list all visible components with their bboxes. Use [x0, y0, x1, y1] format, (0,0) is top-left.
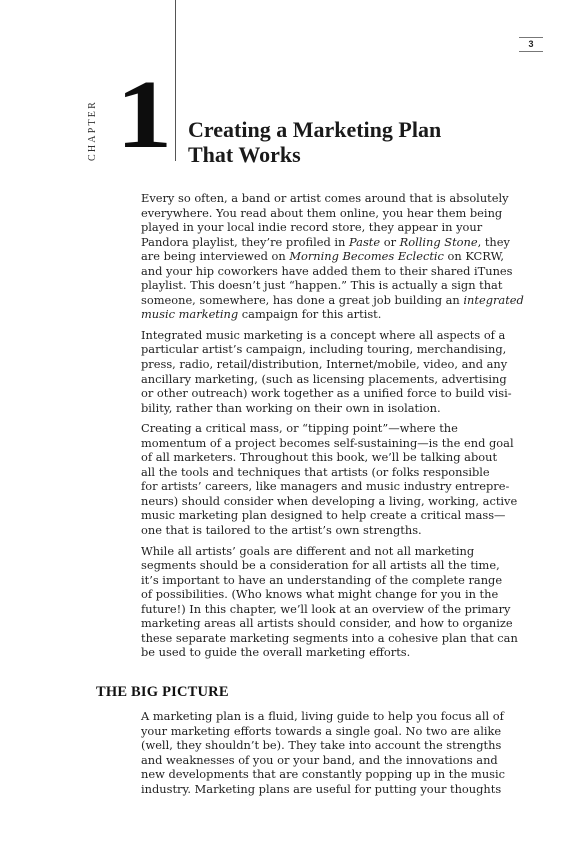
text-line: Integrated music marketing is a concept …	[141, 328, 517, 343]
text-line: Pandora playlist, they’re profiled in Pa…	[141, 235, 517, 250]
text-line: (well, they shouldn’t be). They take int…	[141, 738, 521, 753]
text-line: it’s important to have an understanding …	[141, 573, 517, 588]
italic-title: Paste	[349, 235, 380, 249]
text-line: marketing areas all artists should consi…	[141, 616, 517, 631]
section-heading: THE BIG PICTURE	[96, 684, 229, 701]
chapter-number: 1	[116, 66, 172, 164]
text-line: industry. Marketing plans are useful for…	[141, 782, 521, 797]
text-line: Every so often, a band or artist comes a…	[141, 191, 517, 206]
text-line: or other outreach) work together as a un…	[141, 386, 517, 401]
text-line: segments should be a consideration for a…	[141, 558, 517, 573]
text-line: future!) In this chapter, we’ll look at …	[141, 602, 517, 617]
text-line: of possibilities. (Who knows what might …	[141, 587, 517, 602]
text-line: of all marketers. Throughout this book, …	[141, 450, 517, 465]
text-line: these separate marketing segments into a…	[141, 631, 517, 646]
italic-title: Morning Becomes Eclectic	[289, 249, 444, 263]
chapter-divider-rule	[175, 0, 176, 161]
text-line: neurs) should consider when developing a…	[141, 494, 517, 509]
text-line: While all artists’ goals are different a…	[141, 544, 517, 559]
text-line: for artists’ careers, like managers and …	[141, 479, 517, 494]
text-line: Creating a critical mass, or “tipping po…	[141, 421, 517, 436]
text-line: and your hip coworkers have added them t…	[141, 264, 517, 279]
italic-title: music marketing	[141, 307, 238, 321]
text-line: everywhere. You read about them online, …	[141, 206, 517, 221]
chapter-title: Creating a Marketing Plan That Works	[188, 117, 441, 167]
text-line: music marketing plan designed to help cr…	[141, 508, 517, 523]
paragraph: Creating a critical mass, or “tipping po…	[141, 421, 517, 537]
text-line: A marketing plan is a fluid, living guid…	[141, 709, 521, 724]
text-line: someone, somewhere, has done a great job…	[141, 293, 517, 308]
page-number: 3	[519, 37, 543, 52]
text-line: ancillary marketing, (such as licensing …	[141, 372, 517, 387]
text-line: are being interviewed on Morning Becomes…	[141, 249, 517, 264]
text-line: one that is tailored to the artist’s own…	[141, 523, 517, 538]
text-line: press, radio, retail/distribution, Inter…	[141, 357, 517, 372]
text-line: and weaknesses of you or your band, and …	[141, 753, 521, 768]
section-body: A marketing plan is a fluid, living guid…	[141, 709, 521, 796]
paragraph: While all artists’ goals are different a…	[141, 544, 517, 660]
text-line: bility, rather than working on their own…	[141, 401, 517, 416]
chapter-label: CHAPTER	[85, 101, 101, 161]
italic-title: Rolling Stone	[400, 235, 478, 249]
text-line: music marketing campaign for this artist…	[141, 307, 517, 322]
text-line: played in your local indie record store,…	[141, 220, 517, 235]
italic-title: integrated	[463, 293, 523, 307]
text-line: particular artist’s campaign, including …	[141, 342, 517, 357]
paragraph: Integrated music marketing is a concept …	[141, 328, 517, 415]
text-line: new developments that are constantly pop…	[141, 767, 521, 782]
chapter-title-line: Creating a Marketing Plan	[188, 117, 441, 142]
chapter-title-line: That Works	[188, 142, 441, 167]
intro-body: Every so often, a band or artist comes a…	[141, 191, 517, 666]
text-line: all the tools and techniques that artist…	[141, 465, 517, 480]
text-line: momentum of a project becomes self-susta…	[141, 436, 517, 451]
paragraph: Every so often, a band or artist comes a…	[141, 191, 517, 322]
text-line: be used to guide the overall marketing e…	[141, 645, 517, 660]
text-line: playlist. This doesn’t just “happen.” Th…	[141, 278, 517, 293]
text-line: your marketing efforts towards a single …	[141, 724, 521, 739]
